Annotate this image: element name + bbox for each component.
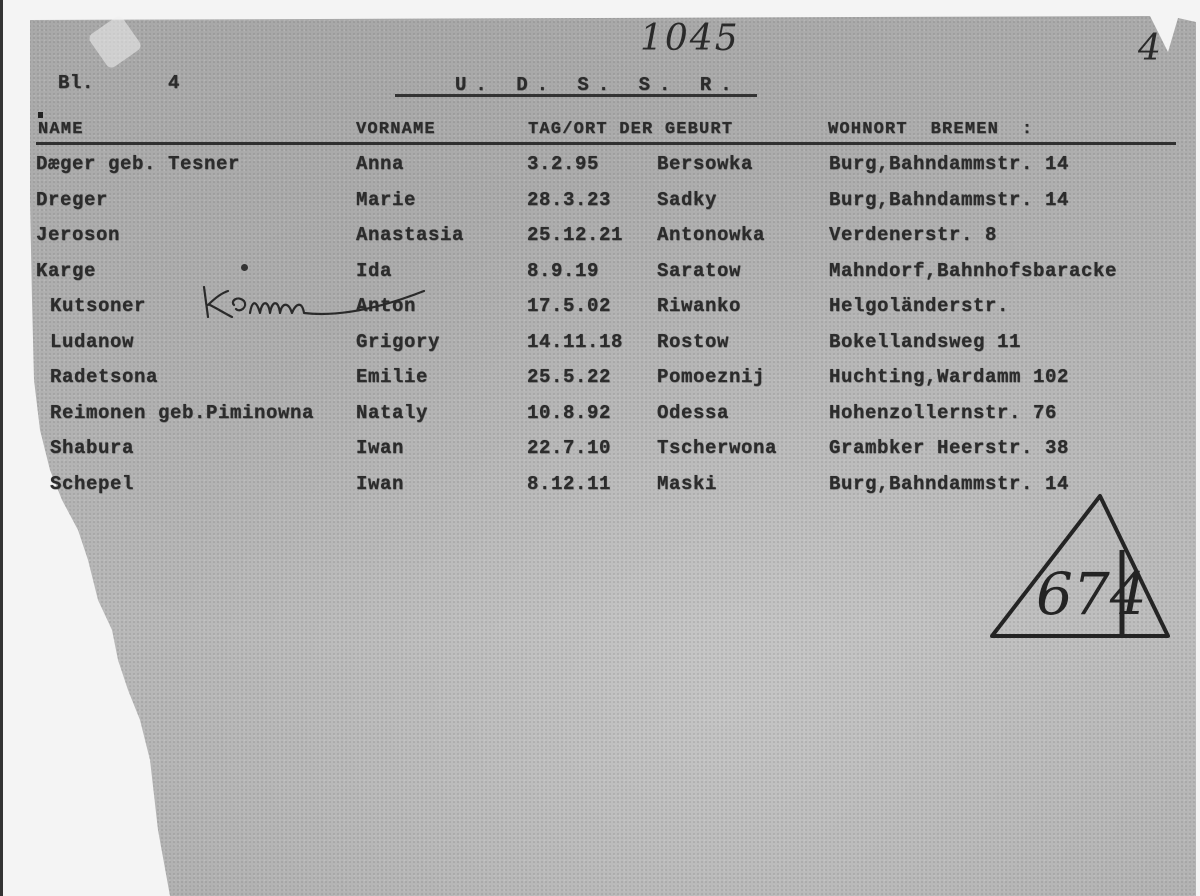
cell-birth-place: Bersowka bbox=[657, 153, 753, 175]
triangle-stamp-icon: 674 bbox=[988, 490, 1172, 642]
sheet-number: 4 bbox=[168, 72, 180, 94]
cell-address: Hohenzollernstr. 76 bbox=[829, 402, 1057, 424]
table-row: RadetsonaEmilie25.5.22PomoeznijHuchting,… bbox=[0, 366, 1200, 400]
table-row: KargeIda8.9.19SaratowMahndorf,Bahnhofsba… bbox=[0, 260, 1200, 294]
cell-name: Schepel bbox=[50, 473, 134, 495]
cell-birth-place: Rostow bbox=[657, 331, 729, 353]
cell-vorname: Ida bbox=[356, 260, 392, 282]
svg-text:674: 674 bbox=[1036, 560, 1147, 628]
cell-birth-place: Tscherwona bbox=[657, 437, 777, 459]
column-header-residence: WOHNORT BREMEN : bbox=[828, 120, 1033, 139]
column-header-name: NAME bbox=[38, 120, 84, 139]
cell-address: Bokellandsweg 11 bbox=[829, 331, 1021, 353]
cell-address: Helgoländerstr. bbox=[829, 295, 1009, 317]
cell-name: Dæger geb. Tesner bbox=[36, 153, 240, 175]
cell-vorname: Grigory bbox=[356, 331, 440, 353]
handwritten-signature-icon bbox=[198, 283, 428, 323]
cell-vorname: Emilie bbox=[356, 366, 428, 388]
cell-name: Shabura bbox=[50, 437, 134, 459]
cell-vorname: Anastasia bbox=[356, 224, 464, 246]
cell-address: Huchting,Wardamm 102 bbox=[829, 366, 1069, 388]
column-header-vorname: VORNAME bbox=[356, 120, 436, 139]
cell-name: Jeroson bbox=[36, 224, 120, 246]
margin-mark bbox=[38, 112, 43, 118]
cell-birth-date: 28.3.23 bbox=[527, 189, 611, 211]
cell-birth-place: Odessa bbox=[657, 402, 729, 424]
cell-birth-date: 22.7.10 bbox=[527, 437, 611, 459]
title-underline bbox=[395, 94, 757, 97]
cell-birth-date: 14.11.18 bbox=[527, 331, 623, 353]
cell-address: Verdenerstr. 8 bbox=[829, 224, 997, 246]
handwritten-corner-number: 4 bbox=[1138, 28, 1161, 69]
table-row: DregerMarie28.3.23SadkyBurg,Bahndammstr.… bbox=[0, 189, 1200, 223]
cell-birth-date: 25.12.21 bbox=[527, 224, 623, 246]
cell-name: Dreger bbox=[36, 189, 108, 211]
cell-name: Reimonen geb.Piminowna bbox=[50, 402, 314, 424]
cell-birth-date: 10.8.92 bbox=[527, 402, 611, 424]
column-header-birth: TAG/ORT DER GEBURT bbox=[528, 120, 733, 139]
cell-birth-place: Maski bbox=[657, 473, 717, 495]
cell-birth-place: Pomoeznij bbox=[657, 366, 765, 388]
cell-birth-date: 8.9.19 bbox=[527, 260, 599, 282]
cell-name: Karge bbox=[36, 260, 96, 282]
cell-birth-date: 3.2.95 bbox=[527, 153, 599, 175]
cell-name: Radetsona bbox=[50, 366, 158, 388]
cell-birth-date: 8.12.11 bbox=[527, 473, 611, 495]
cell-vorname: Iwan bbox=[356, 473, 404, 495]
cell-birth-place: Sadky bbox=[657, 189, 717, 211]
cell-address: Burg,Bahndammstr. 14 bbox=[829, 153, 1069, 175]
cell-address: Grambker Heerstr. 38 bbox=[829, 437, 1069, 459]
scanned-document: 1045 4 Bl. 4 U. D. S. S. R. NAME VORNAME… bbox=[0, 0, 1200, 896]
cell-birth-place: Antonowka bbox=[657, 224, 765, 246]
table-row: LudanowGrigory14.11.18RostowBokellandswe… bbox=[0, 331, 1200, 365]
sheet-label: Bl. bbox=[58, 72, 94, 94]
header-underline bbox=[36, 142, 1176, 145]
table-row: KutsonerAnton17.5.02RiwankoHelgoländerst… bbox=[0, 295, 1200, 329]
cell-address: Burg,Bahndammstr. 14 bbox=[829, 189, 1069, 211]
cell-vorname: Nataly bbox=[356, 402, 428, 424]
cell-vorname: Anna bbox=[356, 153, 404, 175]
country-title: U. D. S. S. R. bbox=[455, 74, 741, 96]
cell-name: Ludanow bbox=[50, 331, 134, 353]
cell-birth-date: 25.5.22 bbox=[527, 366, 611, 388]
cell-birth-place: Riwanko bbox=[657, 295, 741, 317]
cell-name: Kutsoner bbox=[50, 295, 146, 317]
table-row: Reimonen geb.PiminownaNataly10.8.92Odess… bbox=[0, 402, 1200, 436]
cell-address: Mahndorf,Bahnhofsbaracke bbox=[829, 260, 1117, 282]
handwritten-archive-number: 1045 bbox=[640, 18, 740, 59]
table-row: Dæger geb. TesnerAnna3.2.95BersowkaBurg,… bbox=[0, 153, 1200, 187]
cell-birth-place: Saratow bbox=[657, 260, 741, 282]
ink-dot bbox=[241, 264, 248, 271]
cell-birth-date: 17.5.02 bbox=[527, 295, 611, 317]
cell-vorname: Marie bbox=[356, 189, 416, 211]
cell-vorname: Iwan bbox=[356, 437, 404, 459]
table-row: ShaburaIwan22.7.10TscherwonaGrambker Hee… bbox=[0, 437, 1200, 471]
table-row: JerosonAnastasia25.12.21AntonowkaVerdene… bbox=[0, 224, 1200, 258]
